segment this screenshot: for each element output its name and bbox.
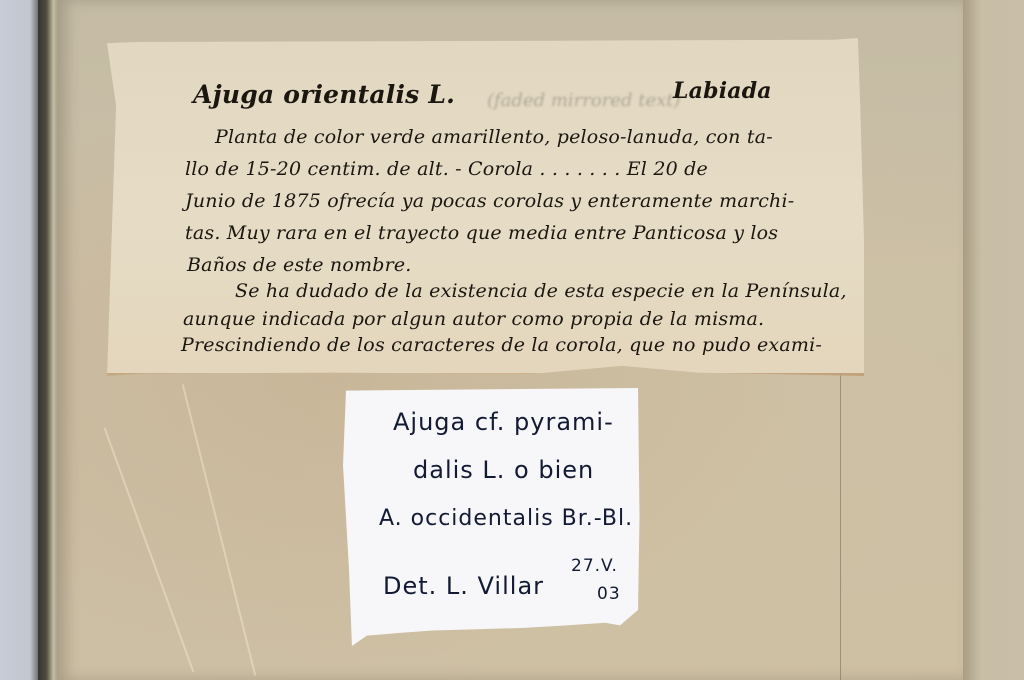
species-name: Ajuga orientalis L. bbox=[193, 80, 455, 109]
sheet-fold-line bbox=[840, 375, 841, 680]
bleed-through-text: (faded mirrored text) bbox=[487, 90, 681, 111]
label-line-8: Prescindiendo de los caracteres de la co… bbox=[181, 334, 822, 356]
det-line-2: dalis L. o bien bbox=[413, 456, 594, 484]
determination-label: Ajuga cf. pyrami- dalis L. o bien A. occ… bbox=[343, 388, 641, 646]
folder-edge bbox=[38, 0, 60, 680]
label-line-4: tas. Muy rara en el trayecto que media e… bbox=[185, 222, 778, 244]
family-name: Labiada bbox=[673, 78, 772, 104]
determiner: Det. L. Villar bbox=[383, 572, 544, 600]
paper-crease bbox=[182, 384, 257, 676]
det-date-year: 03 bbox=[597, 584, 621, 604]
label-line-3: Junio de 1875 ofrecía ya pocas corolas y… bbox=[185, 190, 794, 212]
det-line-3: A. occidentalis Br.-Bl. bbox=[379, 506, 633, 531]
label-line-6: Se ha dudado de la existencia de esta es… bbox=[235, 280, 847, 302]
paper-crease bbox=[104, 427, 195, 672]
label-line-1: Planta de color verde amarillento, pelos… bbox=[215, 126, 773, 148]
sheet-underlayer bbox=[963, 0, 1024, 680]
historic-specimen-label: (faded mirrored text) Ajuga orientalis L… bbox=[107, 38, 864, 376]
det-line-1: Ajuga cf. pyrami- bbox=[393, 408, 614, 436]
det-date-day-month: 27.V. bbox=[571, 556, 618, 576]
label-line-2: llo de 15-20 centim. de alt. - Corola . … bbox=[185, 158, 708, 180]
label-line-5: Baños de este nombre. bbox=[187, 254, 412, 276]
label-line-7: aunque indicada por algun autor como pro… bbox=[183, 308, 764, 330]
